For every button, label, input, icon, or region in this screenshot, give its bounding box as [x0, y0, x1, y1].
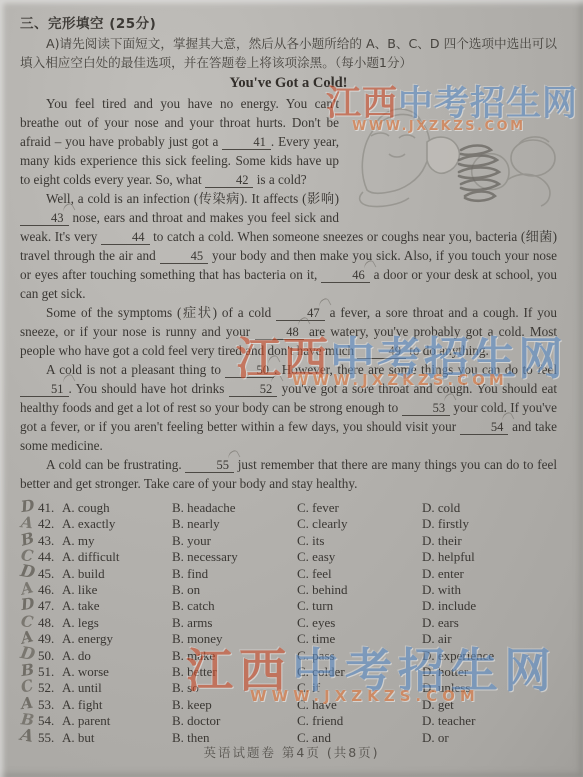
question-number: 53. — [38, 697, 62, 713]
question-row-43: B43.A. myB. yourC. itsD. their — [38, 533, 557, 549]
option-d: D. with — [422, 582, 557, 598]
option-b: B. necessary — [172, 549, 297, 565]
option-c: C. have — [297, 697, 422, 713]
option-b: B. headache — [172, 500, 297, 516]
option-d: D. unless — [422, 680, 557, 696]
question-number: 47. — [38, 598, 62, 614]
option-c: C. its — [297, 533, 422, 549]
section-instructions: A)请先阅读下面短文，掌握其大意，然后从各小题所给的 A、B、C、D 四个选项中… — [20, 34, 557, 72]
cloze-blank-55: 55 — [185, 458, 234, 473]
option-a: A. worse — [62, 664, 172, 680]
cloze-passage: You feel tired and you have no energy. Y… — [20, 94, 557, 493]
question-number: 49. — [38, 631, 62, 647]
option-a: A. parent — [62, 713, 172, 729]
cloze-blank-50: 50 — [225, 363, 274, 378]
option-d: D. get — [422, 697, 557, 713]
cloze-blank-44: 44 — [101, 230, 150, 245]
question-row-53: A53.A. fightB. keepC. haveD. get — [38, 697, 557, 713]
option-b: B. make — [172, 648, 297, 664]
option-a: A. energy — [62, 631, 172, 647]
option-d: D. teacher — [422, 713, 557, 729]
option-a: A. until — [62, 680, 172, 696]
option-c: C. pass — [297, 648, 422, 664]
question-row-41: D41.A. coughB. headacheC. feverD. cold — [38, 500, 557, 516]
option-b: B. find — [172, 566, 297, 582]
option-a: A. legs — [62, 615, 172, 631]
question-number: 54. — [38, 713, 62, 729]
option-d: D. firstly — [422, 516, 557, 532]
option-a: A. fight — [62, 697, 172, 713]
passage-title: You've Got a Cold! — [20, 75, 557, 92]
question-row-46: A46.A. likeB. onC. behindD. with — [38, 582, 557, 598]
option-b: B. better — [172, 664, 297, 680]
question-row-48: C48.A. legsB. armsC. eyesD. ears — [38, 615, 557, 631]
passage-paragraph: A cold can be frustrating. 55 just remem… — [20, 455, 557, 493]
section-heading: 三、完形填空 (25分) — [20, 12, 557, 32]
option-b: B. your — [172, 533, 297, 549]
question-number: 46. — [38, 582, 62, 598]
question-row-47: D47.A. takeB. catchC. turnD. include — [38, 598, 557, 614]
question-row-44: C44.A. difficultB. necessaryC. easyD. he… — [38, 549, 557, 565]
cloze-blank-49: 49 — [357, 344, 406, 359]
option-d: D. cold — [422, 500, 557, 516]
option-a: A. exactly — [62, 516, 172, 532]
question-number: 42. — [38, 516, 62, 532]
question-row-42: A42.A. exactlyB. nearlyC. clearlyD. firs… — [38, 516, 557, 532]
option-a: A. like — [62, 582, 172, 598]
question-row-45: D45.A. buildB. findC. feelD. enter — [38, 566, 557, 582]
option-d: D. ears — [422, 615, 557, 631]
cloze-blank-48: 48 — [255, 325, 304, 340]
option-c: C. easy — [297, 549, 422, 565]
option-c: C. clearly — [297, 516, 422, 532]
option-c: C. if — [297, 680, 422, 696]
passage-paragraph: Some of the symptoms (症状) of a cold 47 a… — [20, 303, 557, 360]
question-number: 48. — [38, 615, 62, 631]
option-c: C. friend — [297, 713, 422, 729]
option-b: B. arms — [172, 615, 297, 631]
option-c: C. time — [297, 631, 422, 647]
page-footer: 英语试题卷 第4页 (共8页) — [0, 743, 583, 761]
option-a: A. build — [62, 566, 172, 582]
option-d: D. enter — [422, 566, 557, 582]
options-list: D41.A. coughB. headacheC. feverD. coldA4… — [20, 500, 557, 746]
option-d: D. air — [422, 631, 557, 647]
passage-paragraph: A cold is not a pleasant thing to 50. Ho… — [20, 360, 557, 455]
option-a: A. take — [62, 598, 172, 614]
option-b: B. nearly — [172, 516, 297, 532]
cloze-blank-51: 51 — [20, 382, 69, 397]
option-c: C. eyes — [297, 615, 422, 631]
option-d: D. include — [422, 598, 557, 614]
option-a: A. do — [62, 648, 172, 664]
question-number: 44. — [38, 549, 62, 565]
option-b: B. catch — [172, 598, 297, 614]
option-d: D. their — [422, 533, 557, 549]
option-c: C. behind — [297, 582, 422, 598]
cloze-blank-52: 52 — [229, 382, 278, 397]
question-number: 52. — [38, 680, 62, 696]
question-row-51: B51.A. worseB. betterC. colderD. hotter — [38, 664, 557, 680]
question-row-49: A49.A. energyB. moneyC. timeD. air — [38, 631, 557, 647]
option-a: A. difficult — [62, 549, 172, 565]
cloze-blank-46: 46 — [321, 268, 370, 283]
option-b: B. on — [172, 582, 297, 598]
exam-paper-page: 三、完形填空 (25分) A)请先阅读下面短文，掌握其大意，然后从各小题所给的 … — [0, 0, 583, 777]
cloze-blank-45: 45 — [160, 249, 209, 264]
cloze-blank-53: 53 — [402, 401, 451, 416]
option-a: A. my — [62, 533, 172, 549]
option-c: C. fever — [297, 500, 422, 516]
cloze-blank-43: 43 — [20, 211, 69, 226]
option-b: B. doctor — [172, 713, 297, 729]
option-c: C. feel — [297, 566, 422, 582]
cloze-blank-41: 41 — [222, 135, 271, 150]
option-b: B. money — [172, 631, 297, 647]
option-b: B. keep — [172, 697, 297, 713]
question-row-50: D50.A. doB. makeC. passD. experience — [38, 648, 557, 664]
cloze-blank-42: 42 — [205, 173, 254, 188]
question-number: 45. — [38, 566, 62, 582]
option-b: B. so — [172, 680, 297, 696]
option-d: D. hotter — [422, 664, 557, 680]
question-number: 50. — [38, 648, 62, 664]
question-number: 43. — [38, 533, 62, 549]
sick-child-sketch-illustration — [349, 92, 561, 210]
question-row-52: C52.A. untilB. soC. ifD. unless — [38, 680, 557, 696]
option-c: C. turn — [297, 598, 422, 614]
question-number: 51. — [38, 664, 62, 680]
option-d: D. helpful — [422, 549, 557, 565]
question-row-54: B54.A. parentB. doctorC. friendD. teache… — [38, 713, 557, 729]
option-c: C. colder — [297, 664, 422, 680]
option-a: A. cough — [62, 500, 172, 516]
question-number: 41. — [38, 500, 62, 516]
option-d: D. experience — [422, 648, 557, 664]
cloze-blank-54: 54 — [460, 420, 509, 435]
